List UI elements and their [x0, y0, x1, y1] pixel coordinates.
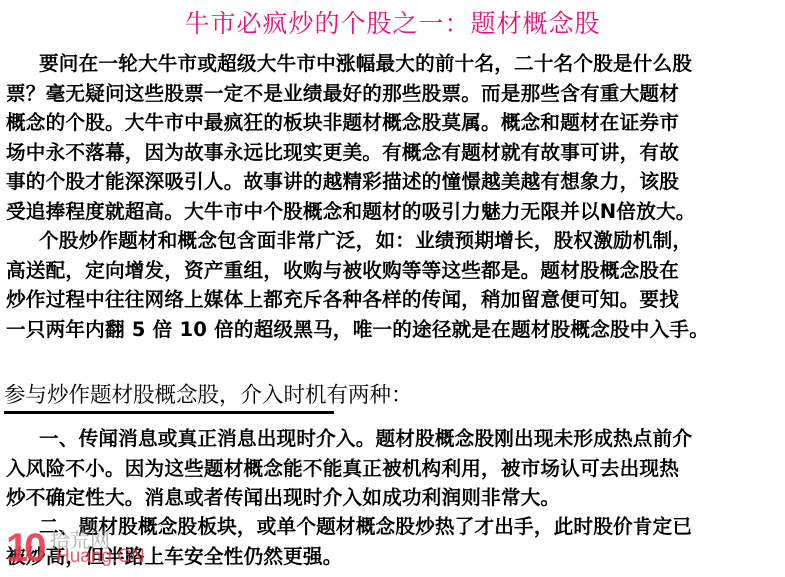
text-line: 被炒高，但半路上车安全性仍然更强。: [6, 542, 782, 572]
text-line: 炒不确定性大。消息或者传闻出现时介入如成功利润则非常大。: [6, 483, 782, 513]
timing-paragraph-1: 一、传闻消息或真正消息出现时介入。题材股概念股刚出现未形成热点前介 入风险不小。…: [6, 424, 782, 513]
timing-paragraph-2: 二、题材股概念股板块，或单个题材概念股炒热了才出手，此时股价肯定已 被炒高，但半…: [6, 512, 782, 571]
text-line: 场中永不落幕，因为故事永远比现实更美。有概念有题材就有故事可讲，有故: [6, 138, 782, 168]
text-line: 高送配，定向增发，资产重组，收购与被收购等等这些都是。题材股概念股在: [6, 256, 782, 286]
text-line: 概念的个股。大牛市中最疯狂的板块非题材概念股莫属。概念和题材在证券市: [6, 108, 782, 138]
text-line: 炒作过程中往往网络上媒体上都充斥各种各样的传闻，稍加留意便可知。要找: [6, 285, 782, 315]
intro-paragraph: 要问在一轮大牛市或超级大牛市中涨幅最大的前十名，二十名个股是什么股 票？毫无疑问…: [6, 49, 782, 226]
concepts-paragraph: 个股炒作题材和概念包含面非常广泛，如：业绩预期增长，股权激励机制， 高送配，定向…: [6, 226, 782, 344]
section-subheading: 参与炒作题材股概念股，介入时机有两种：: [4, 378, 334, 414]
text-line: 要问在一轮大牛市或超级大牛市中涨幅最大的前十名，二十名个股是什么股: [6, 49, 782, 79]
text-line: 事的个股才能深深吸引人。故事讲的越精彩描述的憧憬越美越有想象力，该股: [6, 167, 782, 197]
text-line: 一只两年内翻 5 倍 10 倍的超级黑马，唯一的途径就是在题材股概念股中入手。: [6, 315, 782, 345]
text-line: 一、传闻消息或真正消息出现时介入。题材股概念股刚出现未形成热点前介: [6, 424, 782, 454]
text-line: 个股炒作题材和概念包含面非常广泛，如：业绩预期增长，股权激励机制，: [6, 226, 782, 256]
text-line: 二、题材股概念股板块，或单个题材概念股炒热了才出手，此时股价肯定已: [6, 512, 782, 542]
text-line: 入风险不小。因为这些题材概念能不能真正被机构利用，被市场认可去出现热: [6, 454, 782, 484]
text-line: 票？毫无疑问这些股票一定不是业绩最好的那些股票。而是那些含有重大题材: [6, 79, 782, 109]
text-line: 受追捧程度就超高。大牛市中个股概念和题材的吸引力魅力无限并以N倍放大。: [6, 197, 782, 227]
article-title: 牛市必疯炒的个股之一：题材概念股: [0, 4, 785, 40]
